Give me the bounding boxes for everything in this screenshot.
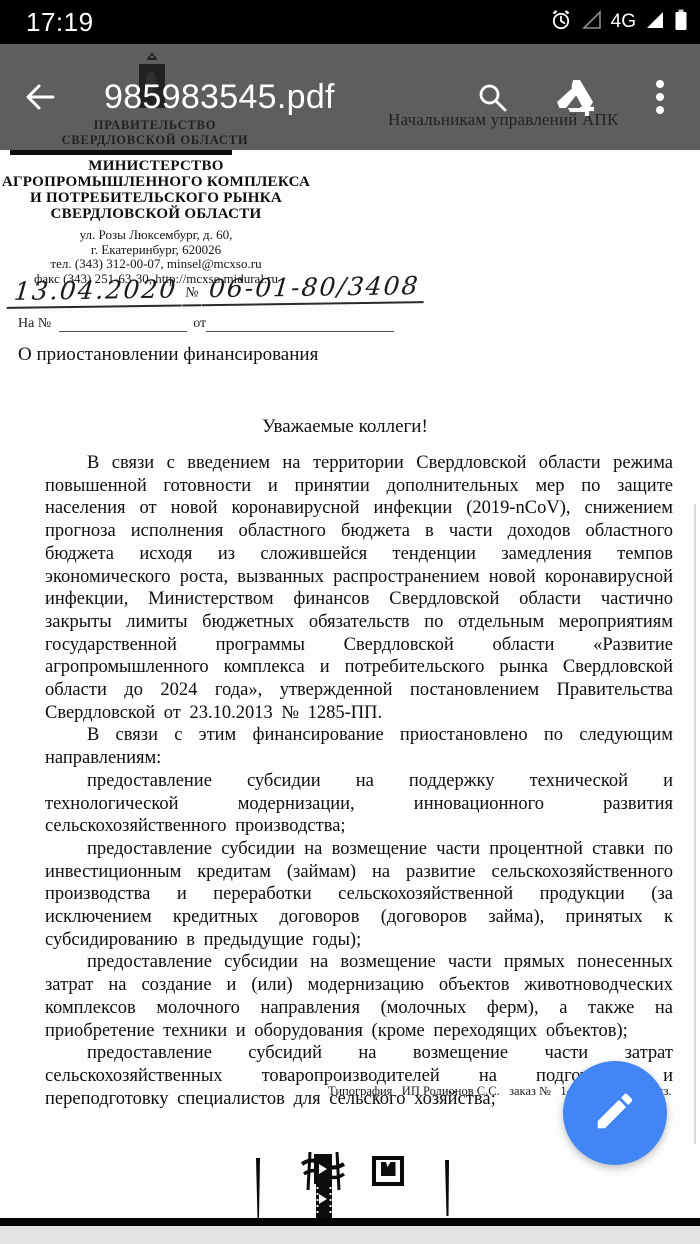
letterhead-divider [10, 150, 232, 155]
blank-line [206, 317, 394, 332]
signal-full-icon [645, 10, 665, 35]
pencil-icon [592, 1088, 638, 1139]
letter-body: В связи с введением на территории Свердл… [45, 452, 673, 1110]
square-mark [374, 1158, 402, 1184]
body-paragraph: В связи с введением на территории Свердл… [45, 452, 673, 724]
body-paragraph: предоставление субсидии на возмещение ча… [45, 951, 673, 1042]
edit-fab-button[interactable] [563, 1061, 667, 1165]
add-to-drive-icon[interactable] [556, 77, 596, 117]
overflow-menu-icon[interactable] [640, 77, 680, 117]
handwritten-date: 13.04.2020 [7, 274, 185, 308]
clock-time: 17:19 [26, 7, 94, 38]
scan-edge-line [694, 504, 696, 1144]
body-paragraph: предоставление субсидии на поддержку тех… [45, 770, 673, 838]
reply-prefix: На № [18, 316, 51, 332]
address-line: ул. Розы Люксембург, д. 60, [0, 228, 312, 243]
network-type-label: 4G [611, 11, 636, 33]
ministry-line: И ПОТРЕБИТЕЛЬСКОГО РЫНКА [0, 190, 312, 206]
below-page-strip [0, 1226, 700, 1244]
search-icon[interactable] [472, 77, 512, 117]
pdf-viewer-toolbar: 985983545.pdf [0, 44, 700, 150]
back-arrow-icon[interactable] [18, 75, 62, 119]
number-sign: № [182, 285, 203, 306]
ink-stroke [256, 1158, 260, 1218]
letter-subject: О приостановлении финансирования [18, 344, 318, 366]
page-edge-bar [0, 1218, 700, 1226]
document-title: 985983545.pdf [104, 78, 335, 117]
reply-reference: На № от [18, 316, 394, 332]
ink-stroke [445, 1160, 449, 1216]
alarm-icon [549, 8, 573, 37]
body-paragraph: предоставление субсидии на возмещение ча… [45, 838, 673, 952]
salutation: Уважаемые коллеги! [0, 416, 690, 438]
ministry-line: МИНИСТЕРСТВО [0, 158, 312, 174]
handwritten-number: 06-01-80/3408 [201, 271, 426, 306]
reply-from: от [193, 316, 206, 332]
body-paragraph: В связи с этим финансирование приостанов… [45, 724, 673, 769]
tower-drawing [302, 1152, 344, 1218]
ministry-name: МИНИСТЕРСТВО АГРОПРОМЫШЛЕННОГО КОМПЛЕКСА… [0, 158, 312, 222]
battery-icon [674, 8, 688, 37]
ministry-line: СВЕРДЛОВСКОЙ ОБЛАСТИ [0, 206, 312, 222]
ministry-line: АГРОПРОМЫШЛЕННОГО КОМПЛЕКСА [0, 174, 312, 190]
outgoing-reference: 13.04.2020 № 06-01-80/3408 [8, 271, 425, 309]
page-bottom-artwork [240, 1150, 460, 1225]
pdf-page: ПРАВИТЕЛЬСТВО СВЕРДЛОВСКОЙ ОБЛАСТИ Начал… [0, 44, 700, 1226]
status-bar: 17:19 4G [0, 0, 700, 44]
blank-line [59, 317, 187, 332]
signal-empty-icon [582, 10, 602, 35]
address-line: тел. (343) 312-00-07, minsel@mcxso.ru [0, 257, 312, 272]
address-line: г. Екатеринбург, 620026 [0, 243, 312, 258]
